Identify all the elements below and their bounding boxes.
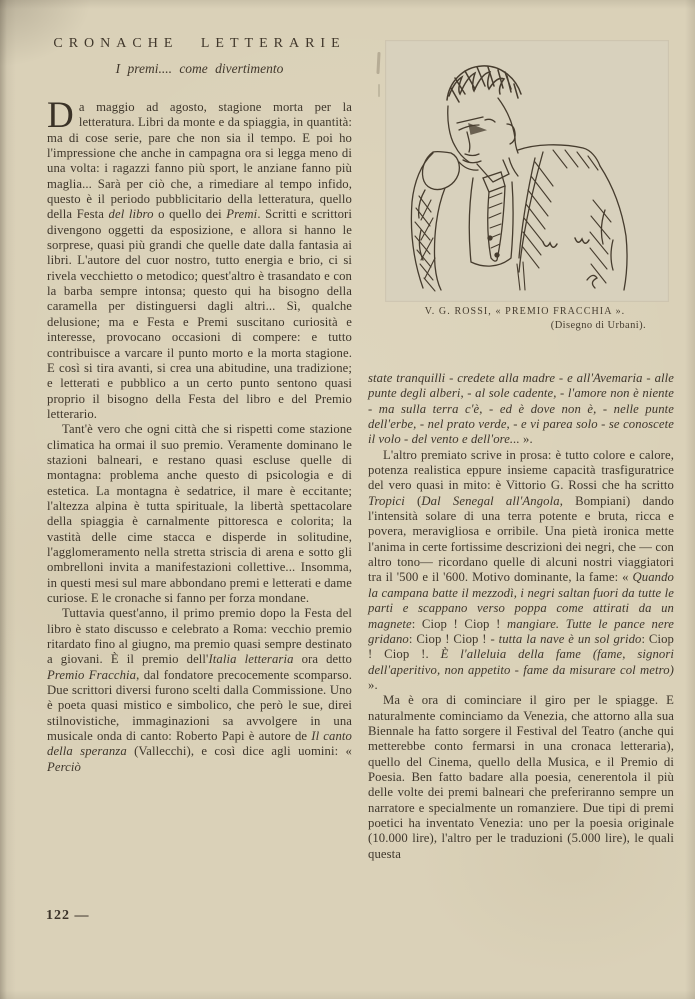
- ink-smudge: [376, 52, 380, 74]
- left-column: Da maggio ad agosto, stagione morta per …: [47, 100, 352, 775]
- paragraph: Tant'è vero che ogni città che si rispet…: [47, 422, 352, 606]
- page-number: 122 —: [46, 908, 90, 924]
- paragraph-text: L'altro premiato scrive in prosa: è tutt…: [368, 448, 674, 692]
- paragraph: state tranquilli - credete alla madre - …: [368, 371, 674, 448]
- figure-credit: (Disegno di Urbani).: [380, 320, 670, 331]
- ink-portrait-drawing: [385, 40, 669, 302]
- right-column: state tranquilli - credete alla madre - …: [368, 371, 674, 862]
- figure-caption: V. G. ROSSI, « PREMIO FRACCHIA ».: [380, 306, 670, 317]
- paragraph-text: Tant'è vero che ogni città che si rispet…: [47, 422, 352, 605]
- paragraph: Tuttavia quest'anno, il primo premio dop…: [47, 606, 352, 775]
- ink-smudge: [378, 84, 380, 97]
- drop-cap: D: [47, 100, 79, 130]
- paragraph-text: Ma è ora di cominciare il giro per le sp…: [368, 693, 674, 860]
- paragraph: L'altro premiato scrive in prosa: è tutt…: [368, 448, 674, 694]
- drawing-plate: [386, 41, 669, 302]
- paragraph: Da maggio ad agosto, stagione morta per …: [47, 100, 352, 422]
- portrait-sketch-figure: [385, 40, 669, 302]
- paragraph-text: a maggio ad agosto, stagione morta per l…: [47, 100, 352, 421]
- section-title: CRONACHE LETTERARIE: [47, 36, 352, 52]
- paragraph-text: state tranquilli - credete alla madre - …: [368, 371, 674, 446]
- paragraph: Ma è ora di cominciare il giro per le sp…: [368, 693, 674, 862]
- article-title: I premi.... come divertimento: [47, 61, 352, 77]
- paragraph-text: Tuttavia quest'anno, il primo premio dop…: [47, 606, 352, 773]
